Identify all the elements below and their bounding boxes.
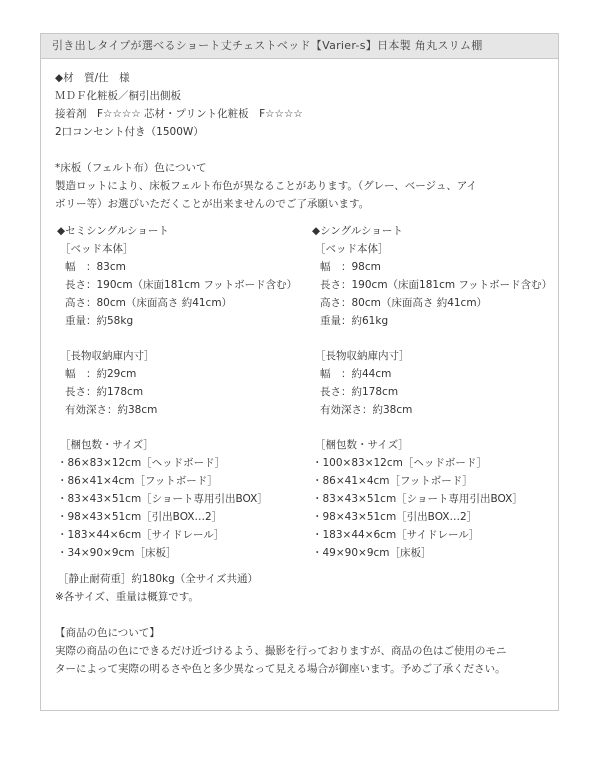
- bed-label: ［ベッド本体］: [57, 240, 297, 258]
- package-item: ・98×43×51cm［引出BOX…2］: [57, 508, 297, 526]
- package-item: ・83×43×51cm［ショート専用引出BOX］: [312, 490, 552, 508]
- package-item: ・86×83×12cm［ヘッドボード］: [57, 454, 297, 472]
- column-heading: ◆セミシングルショート: [57, 222, 297, 240]
- bed-spec: 高さ：80cm（床面高さ 約41cm）: [57, 294, 297, 312]
- bed-spec: 長さ：190cm（床面181cm フットボード含む）: [312, 276, 552, 294]
- package-item: ・100×83×12cm［ヘッドボード］: [312, 454, 552, 472]
- storage-spec: 幅 ：約29cm: [57, 365, 297, 383]
- package-item: ・83×43×51cm［ショート専用引出BOX］: [57, 490, 297, 508]
- materials-section: ◆材 質/仕 様 ＭＤＦ化粧板／桐引出側板 接着剤 F☆☆☆☆ 芯材・プリント化…: [55, 69, 303, 141]
- color-note-section: 【商品の色について】 実際の商品の色にできるだけ近づけるよう、撮影を行っておりま…: [55, 624, 507, 678]
- package-item: ・86×41×4cm［フットボード］: [57, 472, 297, 490]
- load-section: ［静止耐荷重］約180kg（全サイズ共通） ※各サイズ、重量は概算です。: [55, 570, 258, 606]
- felt-note-heading: *床板（フェルト布）色について: [55, 159, 477, 177]
- felt-note-line: 製造ロットにより、床板フェルト布色が異なることがあります。（グレー、ベージュ、ア…: [55, 177, 477, 195]
- package-item: ・86×41×4cm［フットボード］: [312, 472, 552, 490]
- felt-note-line: ボリー等）お選びいただくことが出来ませんのでご了承願います。: [55, 195, 477, 213]
- bed-spec: 高さ：80cm（床面高さ 約41cm）: [312, 294, 552, 312]
- package-item: ・98×43×51cm［引出BOX…2］: [312, 508, 552, 526]
- materials-line: 2口コンセント付き（1500W）: [55, 123, 303, 141]
- semi-single-column: ◆セミシングルショート ［ベッド本体］ 幅 ：83cm 長さ：190cm（床面1…: [57, 222, 297, 562]
- materials-line: 接着剤 F☆☆☆☆ 芯材・プリント化粧板 F☆☆☆☆: [55, 105, 303, 123]
- bed-spec: 重量：約58kg: [57, 312, 297, 330]
- bed-spec: 幅 ：98cm: [312, 258, 552, 276]
- storage-spec: 幅 ：約44cm: [312, 365, 552, 383]
- storage-label: ［長物収納庫内寸］: [57, 347, 297, 365]
- materials-heading: ◆材 質/仕 様: [55, 69, 303, 87]
- product-spec-box: 引き出しタイプが選べるショート丈チェストベッド【Varier-s】日本製 角丸ス…: [40, 33, 559, 711]
- bed-spec: 長さ：190cm（床面181cm フットボード含む）: [57, 276, 297, 294]
- color-note-heading: 【商品の色について】: [55, 624, 507, 642]
- materials-line: ＭＤＦ化粧板／桐引出側板: [55, 87, 303, 105]
- package-item: ・34×90×9cm［床板］: [57, 544, 297, 562]
- package-item: ・183×44×6cm［サイドレール］: [312, 526, 552, 544]
- bed-spec: 幅 ：83cm: [57, 258, 297, 276]
- package-item: ・183×44×6cm［サイドレール］: [57, 526, 297, 544]
- felt-note-section: *床板（フェルト布）色について 製造ロットにより、床板フェルト布色が異なることが…: [55, 159, 477, 213]
- bed-spec: 重量：約61kg: [312, 312, 552, 330]
- color-note-line: ターによって実際の明るさや色と多少異なって見える場合が御座います。予めご了承くだ…: [55, 660, 507, 678]
- package-item: ・49×90×9cm［床板］: [312, 544, 552, 562]
- storage-spec: 有効深さ：約38cm: [312, 401, 552, 419]
- storage-spec: 長さ：約178cm: [57, 383, 297, 401]
- column-heading: ◆シングルショート: [312, 222, 552, 240]
- package-label: ［梱包数・サイズ］: [57, 436, 297, 454]
- storage-spec: 有効深さ：約38cm: [57, 401, 297, 419]
- package-label: ［梱包数・サイズ］: [312, 436, 552, 454]
- load-note: ※各サイズ、重量は概算です。: [55, 588, 258, 606]
- color-note-line: 実際の商品の色にできるだけ近づけるよう、撮影を行っておりますが、商品の色はご使用…: [55, 642, 507, 660]
- storage-label: ［長物収納庫内寸］: [312, 347, 552, 365]
- single-column: ◆シングルショート ［ベッド本体］ 幅 ：98cm 長さ：190cm（床面181…: [312, 222, 552, 562]
- bed-label: ［ベッド本体］: [312, 240, 552, 258]
- load-capacity: ［静止耐荷重］約180kg（全サイズ共通）: [55, 570, 258, 588]
- product-title: 引き出しタイプが選べるショート丈チェストベッド【Varier-s】日本製 角丸ス…: [41, 34, 558, 59]
- storage-spec: 長さ：約178cm: [312, 383, 552, 401]
